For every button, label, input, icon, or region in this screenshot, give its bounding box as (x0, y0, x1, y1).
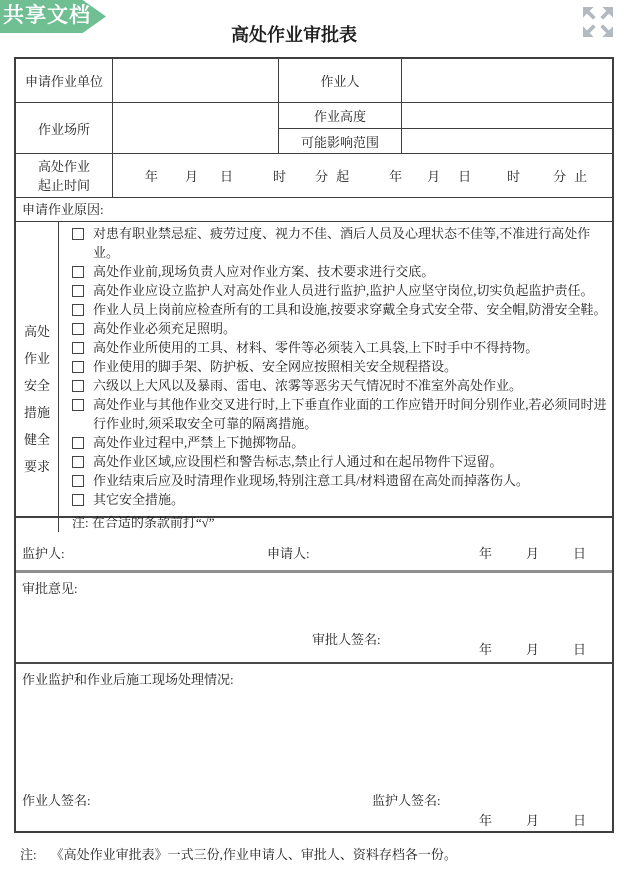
side-label-line: 高处 (16, 318, 58, 345)
approver-signature-label: 审批人签名: (312, 629, 381, 648)
checkbox[interactable] (72, 361, 84, 373)
checklist-item-text: 其它安全措施。 (93, 490, 608, 509)
aftercare-label: 作业监护和作业后施工现场处理情况: (22, 669, 234, 688)
date-unit-text: 月 (526, 543, 539, 562)
time-label-line1: 高处作业 (38, 157, 90, 176)
checkbox[interactable] (72, 266, 84, 278)
checklist-item: 六级以上大风以及暴雨、雷电、浓雾等恶劣天气情况时不准室外高处作业。 (59, 376, 608, 395)
guardian-signature-label: 监护人签名: (372, 790, 441, 809)
time-unit-text: 日 (458, 166, 471, 185)
date-unit-text: 年 (479, 810, 492, 829)
time-unit-text: 分 (553, 166, 566, 185)
date-unit-text: 日 (573, 810, 586, 829)
time-label-line2: 起止时间 (38, 176, 90, 195)
checklist-item: 高处作业区域,应设围栏和警告标志,禁止行人通过和在起吊物件下逗留。 (59, 452, 608, 471)
footer-note: 注: 《高处作业审批表》一式三份,作业申请人、审批人、资料存档各一份。 (20, 846, 628, 863)
checklist-items: 对患有职业禁忌症、疲劳过度、视力不佳、酒后人员及心理状态不佳等,不准进行高处作业… (59, 224, 608, 509)
time-unit-text: 起 (336, 166, 349, 185)
time-unit-text: 年 (389, 166, 402, 185)
row-workplace: 作业场所 作业高度 可能影响范围 (16, 103, 612, 154)
time-unit-text: 止 (574, 166, 587, 185)
checkbox[interactable] (72, 475, 84, 487)
time-unit-text: 时 (507, 166, 520, 185)
checklist-item: 其它安全措施。 (59, 490, 608, 509)
checklist-item: 高处作业必须充足照明。 (59, 319, 608, 338)
safety-measures-checklist: 对患有职业禁忌症、疲劳过度、视力不佳、酒后人员及心理状态不佳等,不准进行高处作业… (59, 222, 612, 532)
checklist-item: 高处作业应设立监护人对高处作业人员进行监护,监护人应坚守岗位,切实负起监护责任。 (59, 281, 608, 300)
affected-range-label: 可能影响范围 (279, 129, 402, 154)
time-unit-text: 年 (145, 166, 158, 185)
applicant-label: 申请人: (267, 543, 310, 562)
checkbox[interactable] (72, 228, 84, 240)
checklist-item-text: 作业人员上岗前应检查所有的工具和设施,按要求穿戴全身式安全带、安全帽,防滑安全鞋… (93, 300, 608, 319)
checklist-item: 高处作业与其他作业交叉进行时,上下垂直作业面的工作应错开时间分别作业,若必须同时… (59, 395, 608, 433)
checklist-item-text: 六级以上大风以及暴雨、雷电、浓雾等恶劣天气情况时不准室外高处作业。 (93, 376, 608, 395)
checklist-item-text: 高处作业区域,应设围栏和警告标志,禁止行人通过和在起吊物件下逗留。 (93, 452, 608, 471)
work-height-label: 作业高度 (279, 103, 402, 128)
checkbox[interactable] (72, 304, 84, 316)
time-unit-text: 月 (427, 166, 440, 185)
checkbox[interactable] (72, 342, 84, 354)
approval-form-table: 申请作业单位 作业人 作业场所 作业高度 可能影响范围 (14, 57, 614, 833)
height-range-group: 作业高度 可能影响范围 (279, 103, 612, 154)
row-signatures[interactable]: 监护人: 申请人: 年月日 (16, 518, 612, 573)
workplace-label: 作业场所 (16, 103, 113, 154)
footer-note-prefix: 注: (20, 846, 37, 863)
date-unit-text: 月 (526, 639, 539, 658)
checklist-item-text: 作业结束后应及时清理作业现场,特别注意工具/材料遗留在高处而掉落伤人。 (93, 471, 608, 490)
time-label: 高处作业 起止时间 (16, 154, 113, 197)
checkbox[interactable] (72, 494, 84, 506)
date-unit-text: 年 (479, 543, 492, 562)
checklist-item-text: 高处作业与其他作业交叉进行时,上下垂直作业面的工作应错开时间分别作业,若必须同时… (93, 395, 608, 433)
checkbox[interactable] (72, 456, 84, 468)
checklist-item: 作业人员上岗前应检查所有的工具和设施,按要求穿戴全身式安全带、安全帽,防滑安全鞋… (59, 300, 608, 319)
work-height-row: 作业高度 (279, 103, 612, 129)
side-label-line: 措施 (16, 399, 58, 426)
worker-input[interactable] (402, 59, 612, 102)
reason-label: 申请作业原因: (22, 202, 104, 217)
checklist-item: 高处作业前,现场负责人应对作业方案、技术要求进行交底。 (59, 262, 608, 281)
work-height-input[interactable] (402, 103, 612, 128)
checklist-item-text: 作业使用的脚手架、防护板、安全网应按照相关安全规程搭设。 (93, 357, 608, 376)
time-unit-text: 月 (185, 166, 198, 185)
checkbox[interactable] (72, 380, 84, 392)
checklist-item-text: 高处作业前,现场负责人应对作业方案、技术要求进行交底。 (93, 262, 608, 281)
approval-date: 年月日 (479, 639, 586, 658)
checkbox[interactable] (72, 437, 84, 449)
side-label-line: 作业 (16, 345, 58, 372)
time-blanks[interactable]: 年月日时分起年月日时分止 (113, 154, 612, 197)
checklist-item-text: 高处作业所使用的工具、材料、零件等必须装入工具袋,上下时手中不得持物。 (93, 338, 608, 357)
approval-opinion-label: 审批意见: (22, 578, 78, 597)
date-unit-text: 日 (573, 543, 586, 562)
row-approval-opinion[interactable]: 审批意见: 审批人签名: 年月日 (16, 573, 612, 664)
side-label-line: 安全 (16, 372, 58, 399)
row-unit-worker: 申请作业单位 作业人 (16, 59, 612, 103)
safety-measures-side-label: 高处作业安全措施健全要求 (16, 222, 59, 532)
expand-icon[interactable] (578, 2, 618, 42)
row-time: 高处作业 起止时间 年月日时分起年月日时分止 (16, 154, 612, 198)
checklist-item: 作业结束后应及时清理作业现场,特别注意工具/材料遗留在高处而掉落伤人。 (59, 471, 608, 490)
time-unit-text: 日 (220, 166, 233, 185)
checklist-item: 作业使用的脚手架、防护板、安全网应按照相关安全规程搭设。 (59, 357, 608, 376)
checklist-item-text: 高处作业过程中,严禁上下抛掷物品。 (93, 433, 608, 452)
expand-arrows-icon (578, 2, 618, 42)
date-unit-text: 年 (479, 639, 492, 658)
checklist-item-text: 对患有职业禁忌症、疲劳过度、视力不佳、酒后人员及心理状态不佳等,不准进行高处作业… (93, 224, 608, 262)
document-page: 共享文档 高处作业审批表 申请作业单位 作业人 作业场所 作业高度 (0, 0, 628, 872)
footer-note-text: 《高处作业审批表》一式三份,作业申请人、审批人、资料存档各一份。 (51, 846, 457, 863)
checklist-item-text: 高处作业应设立监护人对高处作业人员进行监护,监护人应坚守岗位,切实负起监护责任。 (93, 281, 608, 300)
shared-doc-label: 共享文档 (3, 4, 91, 27)
time-unit-text: 时 (273, 166, 286, 185)
time-unit-text: 分 (315, 166, 328, 185)
worker-label: 作业人 (279, 59, 402, 102)
checklist-item: 对患有职业禁忌症、疲劳过度、视力不佳、酒后人员及心理状态不佳等,不准进行高处作业… (59, 224, 608, 262)
checklist-item: 高处作业所使用的工具、材料、零件等必须装入工具袋,上下时手中不得持物。 (59, 338, 608, 357)
checkbox[interactable] (72, 323, 84, 335)
signature-date: 年月日 (479, 543, 586, 562)
row-safety-measures: 高处作业安全措施健全要求 对患有职业禁忌症、疲劳过度、视力不佳、酒后人员及心理状… (16, 222, 612, 518)
aftercare-date: 年月日 (479, 810, 586, 829)
date-unit-text: 日 (573, 639, 586, 658)
affected-range-input[interactable] (402, 129, 612, 154)
affected-range-row: 可能影响范围 (279, 129, 612, 154)
checklist-item: 高处作业过程中,严禁上下抛掷物品。 (59, 433, 608, 452)
checkbox[interactable] (72, 399, 84, 411)
workplace-input[interactable] (113, 103, 279, 154)
checkbox[interactable] (72, 285, 84, 297)
applicant-unit-input[interactable] (113, 59, 279, 102)
guardian-label: 监护人: (22, 543, 65, 562)
date-unit-text: 月 (526, 810, 539, 829)
checklist-item-text: 高处作业必须充足照明。 (93, 319, 608, 338)
applicant-unit-label: 申请作业单位 (16, 59, 113, 102)
side-label-line: 要求 (16, 453, 58, 480)
row-reason[interactable]: 申请作业原因: (16, 198, 612, 222)
worker-signature-label: 作业人签名: (22, 790, 91, 809)
row-aftercare[interactable]: 作业监护和作业后施工现场处理情况: 作业人签名: 监护人签名: 年月日 (16, 664, 612, 831)
side-label-line: 健全 (16, 426, 58, 453)
